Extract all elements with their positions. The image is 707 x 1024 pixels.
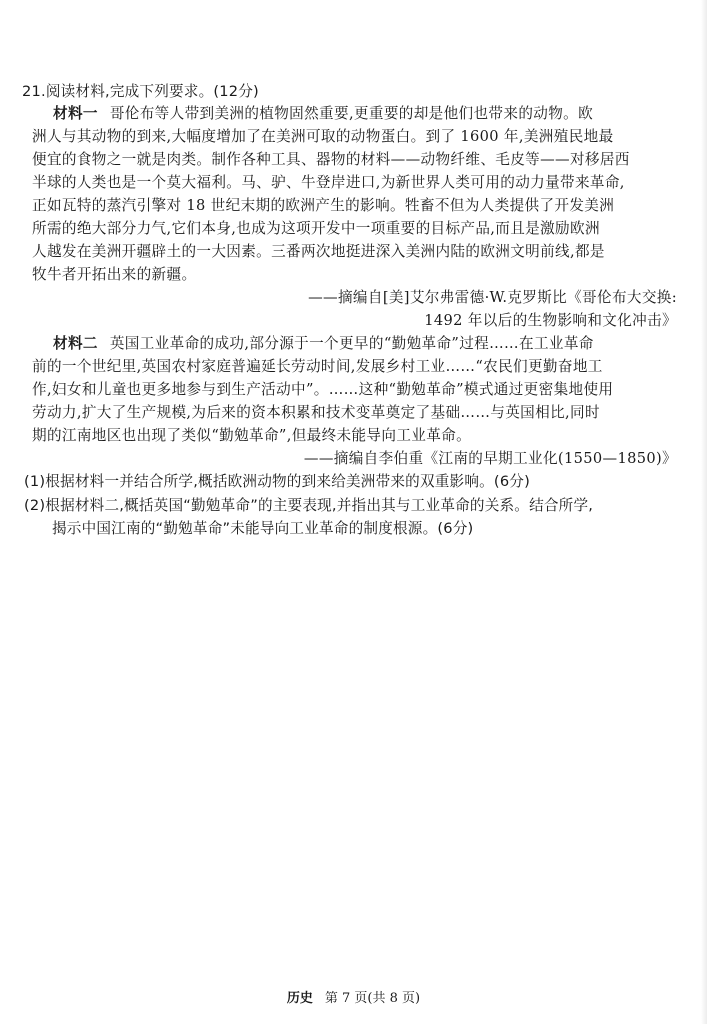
footer-subject: 历史	[287, 991, 313, 1006]
material-2-label: 材料二	[53, 335, 98, 352]
sub-question-2-line-1: (2)根据材料二,概括英国“勤勉革命”的主要表现,并指出其与工业革命的关系。结合…	[24, 497, 593, 515]
page-footer: 历史第 7 页(共 8 页)	[0, 987, 707, 1006]
sub-question-2-line-2: 揭示中国江南的“勤勉革命”未能导向工业革命的制度根源。(6分)	[52, 520, 473, 538]
material-1-source-1: ——摘编自[美]艾尔弗雷德·W.克罗斯比《哥伦布大交换:	[308, 289, 677, 307]
material-2-line-2: 前的一个世纪里,英国农村家庭普遍延长劳动时间,发展乡村工业……“农民们更勤奋地工	[32, 358, 603, 376]
material-1-line-5: 正如瓦特的蒸汽引擎对 18 世纪末期的欧洲产生的影响。牲畜不但为人类提供了开发美…	[32, 197, 614, 215]
material-1-line-2: 洲人与其动物的到来,大幅度增加了在美洲可取的动物蛋白。到了 1600 年,美洲殖…	[32, 128, 614, 146]
sub-question-1: (1)根据材料一并结合所学,概括欧洲动物的到来给美洲带来的双重影响。(6分)	[24, 473, 530, 491]
material-2-line-3: 作,妇女和儿童也更多地参与到生产活动中”。……这种“勤勉革命”模式通过更密集地使…	[32, 381, 613, 399]
material-1-label: 材料一	[53, 105, 98, 122]
footer-page-info: 第 7 页(共 8 页)	[325, 991, 420, 1006]
material-1-text: 哥伦布等人带到美洲的植物固然重要,更重要的却是他们也带来的动物。欧	[110, 105, 593, 122]
material-1-line-1: 材料一哥伦布等人带到美洲的植物固然重要,更重要的却是他们也带来的动物。欧	[53, 105, 593, 123]
question-heading: 21.阅读材料,完成下列要求。(12分)	[22, 83, 259, 101]
material-2-line-5: 期的江南地区也出现了类似“勤勉革命”,但最终未能导向工业革命。	[32, 427, 471, 445]
material-1-source-2: 1492 年以后的生物影响和文化冲击》	[424, 312, 677, 330]
material-2-source: ——摘编自李伯重《江南的早期工业化(1550—1850)》	[304, 450, 677, 468]
material-2-line-1: 材料二英国工业革命的成功,部分源于一个更早的“勤勉革命”过程……在工业革命	[53, 335, 594, 353]
question-number: 21.	[22, 83, 46, 100]
material-1-line-8: 牧牛者开拓出来的新疆。	[32, 266, 196, 284]
material-2-line-4: 劳动力,扩大了生产规模,为后来的资本积累和技术变革奠定了基础……与英国相比,同时	[32, 404, 600, 422]
material-1-line-6: 所需的绝大部分力气,它们本身,也成为这项开发中一项重要的目标产品,而且是激励欧洲	[32, 220, 600, 238]
question-instruction: 阅读材料,完成下列要求。(12分)	[46, 83, 259, 100]
exam-page: 21.阅读材料,完成下列要求。(12分) 材料一哥伦布等人带到美洲的植物固然重要…	[0, 0, 707, 1024]
material-1-line-3: 便宜的食物之一就是肉类。制作各种工具、器物的材料——动物纤维、毛皮等——对移居西	[32, 151, 630, 169]
material-1-line-7: 人越发在美洲开疆辟土的一大因素。三番两次地挺进深入美洲内陆的欧洲文明前线,都是	[32, 243, 605, 261]
page-edge-shadow	[701, 0, 707, 1024]
material-2-text: 英国工业革命的成功,部分源于一个更早的“勤勉革命”过程……在工业革命	[110, 335, 594, 352]
material-1-line-4: 半球的人类也是一个莫大福利。马、驴、牛登岸进口,为新世界人类可用的动力量带来革命…	[32, 174, 625, 192]
